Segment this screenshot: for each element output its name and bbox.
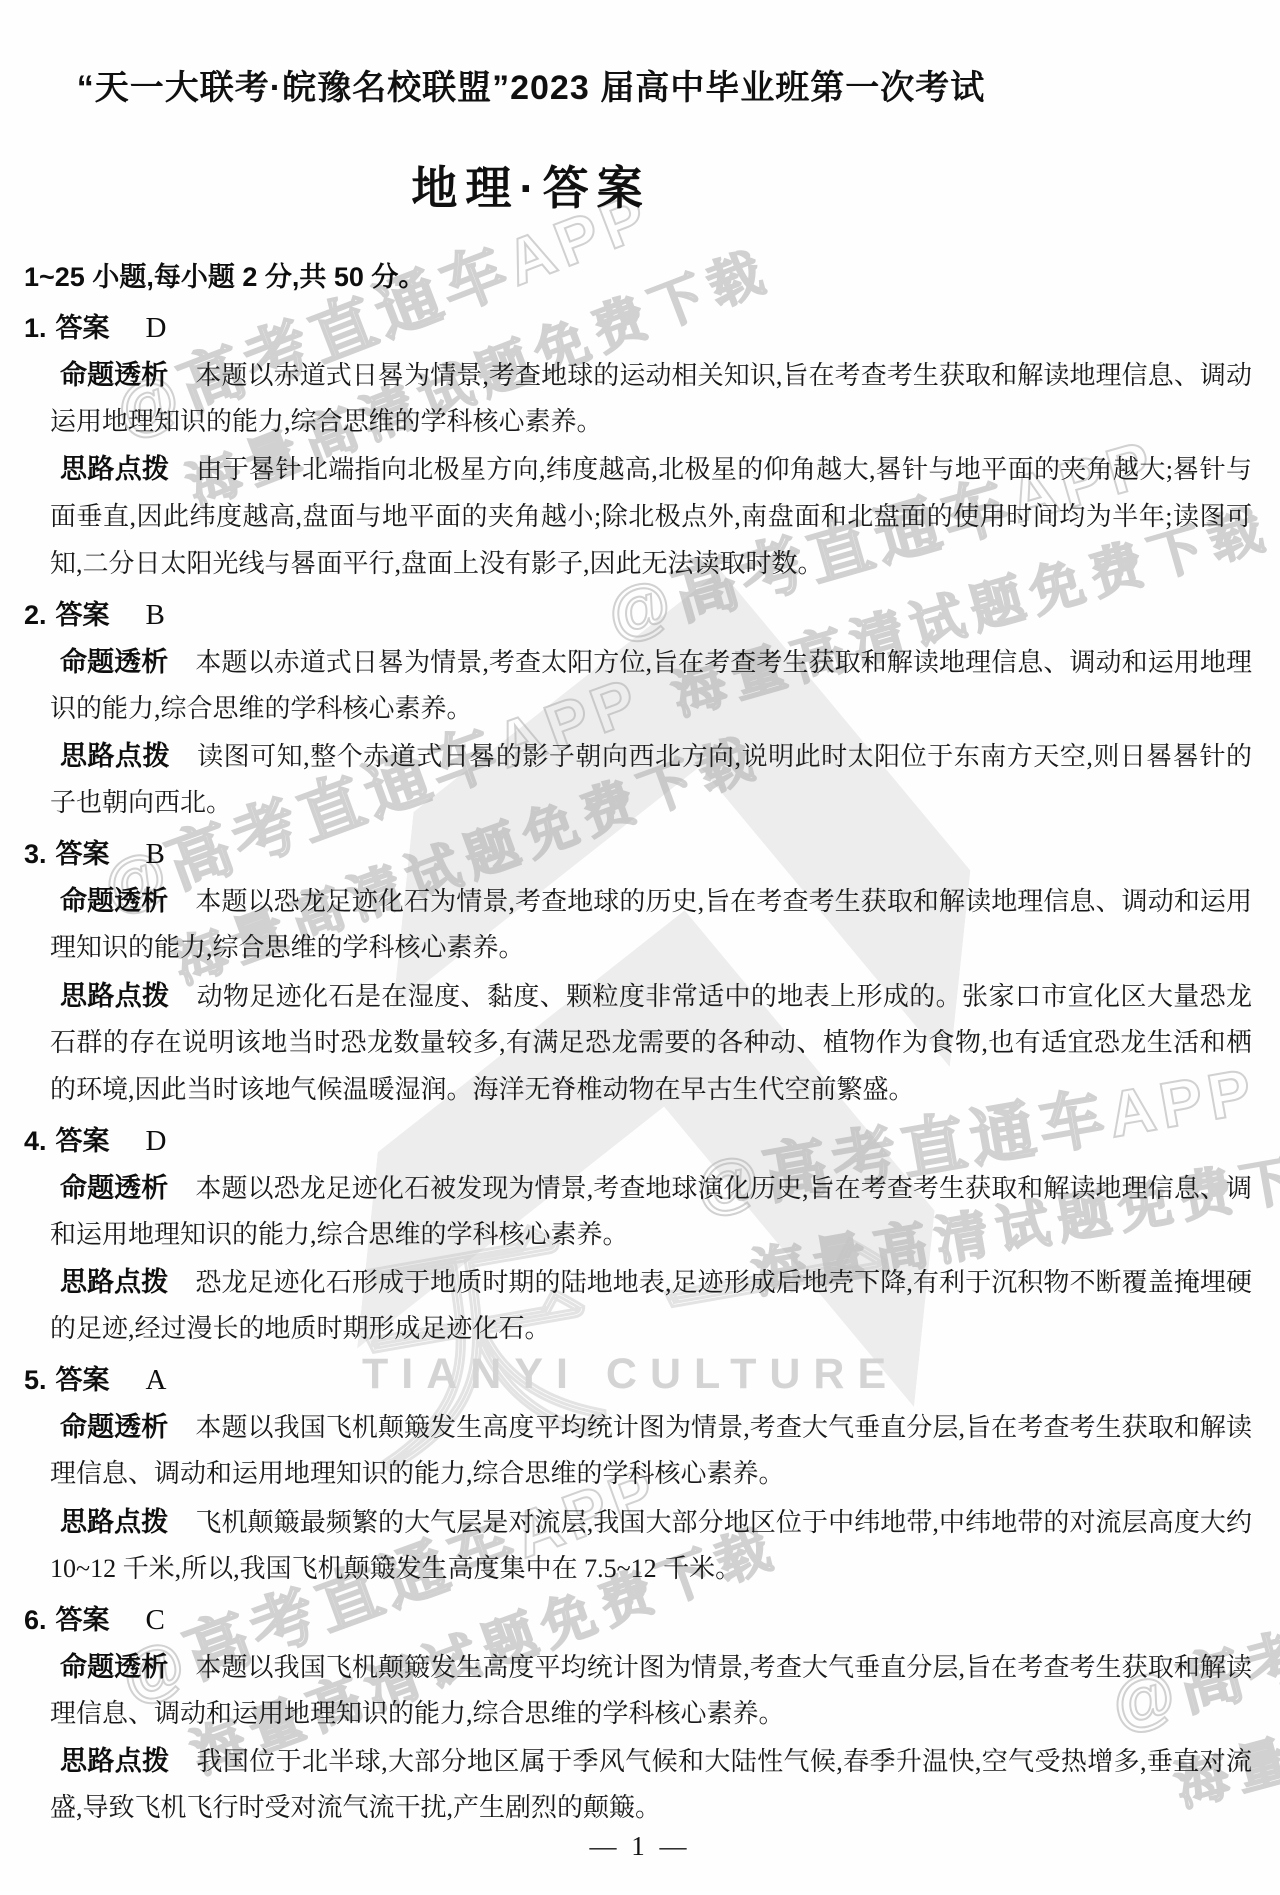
score-note: 1~25 小题,每小题 2 分,共 50 分。: [24, 262, 425, 292]
analysis-label: 命题透析: [60, 886, 168, 916]
hint-line: 盛,导致飞机飞行时受对流气流干扰,产生剧烈的颠簸。: [50, 1787, 1252, 1829]
answer-letter: B: [146, 599, 165, 631]
hint-text: 恐龙足迹化石形成于地质时期的陆地地表,足迹形成后地壳下降,有利于沉积物不断覆盖掩…: [60, 1268, 1252, 1303]
hint-line: 思路点拨由于晷针北端指向北极星方向,纬度越高,北极星的仰角越大,晷针与地平面的夹…: [60, 448, 1252, 490]
analysis-text: 本题以赤道式日晷为情景,考查地球的运动相关知识,旨在考查考生获取和解读地理信息、…: [60, 361, 1252, 396]
hint-text: 盛,导致飞机飞行时受对流气流干扰,产生剧烈的颠簸。: [50, 1793, 661, 1822]
hint-label: 思路点拨: [60, 981, 170, 1011]
answer-label: 答案: [56, 1605, 110, 1635]
answer-letter: D: [146, 312, 167, 344]
analysis-line: 理信息、调动和运用地理知识的能力,综合思维的学科核心素养。: [50, 1453, 1252, 1495]
exam-answer-page: @高考直通车APP 海量高清试题免费下载 @高考直通车APP 海量高清试题免费下…: [0, 0, 1280, 1895]
hint-text: 子也朝向西北。: [50, 788, 232, 817]
exam-title: “天一大联考·皖豫名校联盟”2023 届高中毕业班第一次考试: [0, 60, 1062, 109]
answer-letter: B: [146, 838, 165, 870]
analysis-text: 识的能力,综合思维的学科核心素养。: [50, 694, 473, 723]
hint-text: 飞机颠簸最频繁的大气层是对流层,我国大部分地区位于中纬地带,中纬地带的对流层高度…: [60, 1508, 1252, 1543]
analysis-line: 识的能力,综合思维的学科核心素养。: [50, 688, 1252, 730]
analysis-label: 命题透析: [60, 1412, 168, 1442]
answer-letter: C: [146, 1604, 165, 1636]
answer-line: 6.答案C: [24, 1599, 1252, 1641]
analysis-text: 本题以恐龙足迹化石被发现为情景,考查地球演化历史,旨在考查考生获取和解读地理信息…: [60, 1174, 1252, 1209]
answer-number: 5.: [24, 1365, 47, 1395]
score-note-line: 1~25 小题,每小题 2 分,共 50 分。: [24, 256, 1252, 298]
hint-text: 读图可知,整个赤道式日晷的影子朝向西北方向,说明此时太阳位于东南方天空,则日晷晷…: [60, 742, 1252, 777]
hint-line: 的足迹,经过漫长的地质时期形成足迹化石。: [50, 1308, 1252, 1350]
analysis-line: 命题透析本题以我国飞机颠簸发生高度平均统计图为情景,考查大气垂直分层,旨在考查考…: [60, 1646, 1252, 1688]
hint-line: 思路点拨恐龙足迹化石形成于地质时期的陆地地表,足迹形成后地壳下降,有利于沉积物不…: [60, 1261, 1252, 1303]
analysis-line: 理知识的能力,综合思维的学科核心素养。: [50, 927, 1252, 969]
hint-text: 石群的存在说明该地当时恐龙数量较多,有满足恐龙需要的各种动、植物作为食物,也有适…: [50, 1028, 1252, 1064]
hint-line: 思路点拨读图可知,整个赤道式日晷的影子朝向西北方向,说明此时太阳位于东南方天空,…: [60, 735, 1252, 777]
analysis-text: 本题以赤道式日晷为情景,考查太阳方位,旨在考查考生获取和解读地理信息、调动和运用…: [60, 648, 1252, 683]
analysis-line: 命题透析本题以赤道式日晷为情景,考查地球的运动相关知识,旨在考查考生获取和解读地…: [60, 354, 1252, 396]
answer-line: 3.答案B: [24, 833, 1252, 875]
answer-label: 答案: [56, 313, 110, 343]
answer-letter: A: [146, 1364, 167, 1396]
hint-text: 的足迹,经过漫长的地质时期形成足迹化石。: [50, 1314, 551, 1343]
analysis-line: 命题透析本题以我国飞机颠簸发生高度平均统计图为情景,考查大气垂直分层,旨在考查考…: [60, 1406, 1252, 1448]
answer-line: 4.答案D: [24, 1120, 1252, 1162]
hint-label: 思路点拨: [60, 1267, 168, 1297]
hint-text: 知,二分日太阳光线与晷面平行,盘面上没有影子,因此无法读取时数。: [50, 549, 824, 578]
analysis-text: 运用地理知识的能力,综合思维的学科核心素养。: [50, 407, 603, 436]
hint-line: 思路点拨我国位于北半球,大部分地区属于季风气候和大陆性气候,春季升温快,空气受热…: [60, 1740, 1252, 1782]
answer-line: 1.答案D: [24, 307, 1252, 349]
analysis-text: 理信息、调动和运用地理知识的能力,综合思维的学科核心素养。: [50, 1459, 785, 1488]
analysis-line: 理信息、调动和运用地理知识的能力,综合思维的学科核心素养。: [50, 1693, 1252, 1735]
hint-line: 子也朝向西北。: [50, 782, 1252, 824]
answer-letter: D: [146, 1125, 167, 1157]
analysis-label: 命题透析: [60, 1652, 168, 1682]
hint-text: 由于晷针北端指向北极星方向,纬度越高,北极星的仰角越大,晷针与地平面的夹角越大;…: [60, 455, 1252, 490]
hint-line: 面垂直,因此纬度越高,盘面与地平面的夹角越小;除北极点外,南盘面和北盘面的使用时…: [50, 496, 1252, 538]
analysis-text: 理信息、调动和运用地理知识的能力,综合思维的学科核心素养。: [50, 1699, 785, 1728]
hint-line: 石群的存在说明该地当时恐龙数量较多,有满足恐龙需要的各种动、植物作为食物,也有适…: [50, 1022, 1252, 1064]
hint-label: 思路点拨: [60, 741, 170, 771]
hint-label: 思路点拨: [60, 1746, 169, 1776]
analysis-label: 命题透析: [60, 1173, 168, 1203]
hint-line: 思路点拨动物足迹化石是在湿度、黏度、颗粒度非常适中的地表上形成的。张家口市宣化区…: [60, 975, 1252, 1017]
analysis-text: 本题以恐龙足迹化石为情景,考查地球的历史,旨在考查考生获取和解读地理信息、调动和…: [60, 887, 1252, 922]
hint-line: 知,二分日太阳光线与晷面平行,盘面上没有影子,因此无法读取时数。: [50, 543, 1252, 585]
answer-number: 6.: [24, 1605, 47, 1635]
answer-line: 2.答案B: [24, 594, 1252, 636]
analysis-label: 命题透析: [60, 647, 168, 677]
hint-text: 我国位于北半球,大部分地区属于季风气候和大陆性气候,春季升温快,空气受热增多,垂…: [60, 1747, 1252, 1782]
hint-text: 的环境,因此当时该地气候温暖湿润。海洋无脊椎动物在早古生代空前繁盛。: [50, 1075, 915, 1104]
analysis-text: 理知识的能力,综合思维的学科核心素养。: [50, 933, 525, 962]
answer-number: 4.: [24, 1126, 47, 1156]
answer-label: 答案: [56, 1126, 110, 1156]
analysis-text: 本题以我国飞机颠簸发生高度平均统计图为情景,考查大气垂直分层,旨在考查考生获取和…: [60, 1413, 1252, 1448]
analysis-text: 本题以我国飞机颠簸发生高度平均统计图为情景,考查大气垂直分层,旨在考查考生获取和…: [60, 1653, 1252, 1688]
answer-label: 答案: [56, 839, 110, 869]
analysis-label: 命题透析: [60, 360, 168, 390]
page-number: — 1 —: [500, 1831, 780, 1862]
answer-number: 2.: [24, 600, 47, 630]
analysis-line: 命题透析本题以恐龙足迹化石为情景,考查地球的历史,旨在考查考生获取和解读地理信息…: [60, 880, 1252, 922]
analysis-line: 命题透析本题以恐龙足迹化石被发现为情景,考查地球演化历史,旨在考查考生获取和解读…: [60, 1167, 1252, 1209]
analysis-text: 和运用地理知识的能力,综合思维的学科核心素养。: [50, 1220, 629, 1249]
hint-line: 10~12 千米,所以,我国飞机颠簸发生高度集中在 7.5~12 千米。: [50, 1548, 1252, 1590]
answer-line: 5.答案A: [24, 1359, 1252, 1401]
answer-label: 答案: [56, 1365, 110, 1395]
hint-text: 面垂直,因此纬度越高,盘面与地平面的夹角越小;除北极点外,南盘面和北盘面的使用时…: [50, 502, 1252, 531]
answer-number: 1.: [24, 313, 47, 343]
hint-text: 动物足迹化石是在湿度、黏度、颗粒度非常适中的地表上形成的。张家口市宣化区大量恐龙…: [60, 982, 1252, 1017]
analysis-line: 运用地理知识的能力,综合思维的学科核心素养。: [50, 401, 1252, 443]
hint-label: 思路点拨: [60, 1507, 168, 1537]
hint-line: 思路点拨飞机颠簸最频繁的大气层是对流层,我国大部分地区位于中纬地带,中纬地带的对…: [60, 1501, 1252, 1543]
answer-label: 答案: [56, 600, 110, 630]
hint-text: 10~12 千米,所以,我国飞机颠簸发生高度集中在 7.5~12 千米。: [50, 1554, 741, 1583]
page-title: 地理·答案: [0, 152, 1062, 218]
answer-number: 3.: [24, 839, 47, 869]
analysis-line: 和运用地理知识的能力,综合思维的学科核心素养。: [50, 1214, 1252, 1256]
analysis-line: 命题透析本题以赤道式日晷为情景,考查太阳方位,旨在考查考生获取和解读地理信息、调…: [60, 641, 1252, 683]
hint-label: 思路点拨: [60, 454, 169, 484]
hint-line: 的环境,因此当时该地气候温暖湿润。海洋无脊椎动物在早古生代空前繁盛。: [50, 1069, 1252, 1111]
